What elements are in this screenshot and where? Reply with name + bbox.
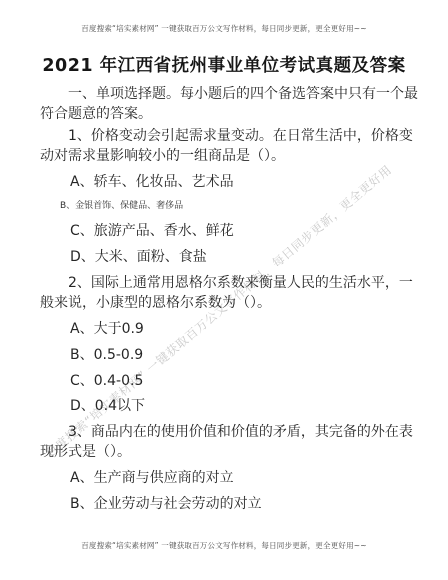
- q2-option-d: D、0.4以下: [40, 396, 416, 416]
- intro-line-1: 一、单项选择题。每小题后的四个备选答案中只有一个最: [40, 84, 416, 104]
- q1-option-c: C、旅游产品、香水、鲜花: [40, 221, 416, 241]
- q2-option-c: C、0.4-0.5: [40, 371, 416, 391]
- q3-stem-line-2: 现形式是（）。: [40, 442, 416, 462]
- q1-option-d: D、大米、面粉、食盐: [40, 247, 416, 267]
- q3-option-b: B、企业劳动与社会劳动的对立: [40, 494, 416, 514]
- q1-stem-line-1: 1、价格变动会引起需求量变动。在日常生活中，价格变: [40, 126, 416, 146]
- q2-stem-line-2: 般来说，小康型的恩格尔系数为（）。: [40, 293, 416, 313]
- q1-stem-line-2: 动对需求量影响较小的一组商品是（）。: [40, 146, 416, 166]
- top-promo-banner: 百度搜索“培实素材网” 一键获取百万公文写作材料，每日同步更新，更全更好用~~: [0, 23, 448, 34]
- q2-option-a: A、大于0.9: [40, 319, 416, 339]
- q1-option-a: A、轿车、化妆品、艺术品: [40, 172, 416, 192]
- document-page: 百度搜索“培实素材网” 一键获取百万公文写作材料，每日同步更新，更全更好用 百度…: [0, 0, 448, 580]
- q2-stem-line-1: 2、国际上通常用恩格尔系数来衡量人民的生活水平，一: [40, 273, 416, 293]
- page-title: 2021 年江西省抚州事业单位考试真题及答案: [0, 52, 448, 77]
- q1-option-b: B、金银首饰、保健品、奢侈品: [40, 198, 416, 214]
- q2-option-b: B、0.5-0.9: [40, 345, 416, 365]
- document-body: 一、单项选择题。每小题后的四个备选答案中只有一个最 符合题意的答案。 1、价格变…: [40, 84, 416, 514]
- bottom-promo-banner: 百度搜索“培实素材网” 一键获取百万公文写作材料，每日同步更新，更全更好用~~: [0, 540, 448, 551]
- q3-stem-line-1: 3、商品内在的使用价值和价值的矛盾，其完备的外在表: [40, 422, 416, 442]
- intro-line-2: 符合题意的答案。: [40, 104, 416, 124]
- q3-option-a: A、生产商与供应商的对立: [40, 468, 416, 488]
